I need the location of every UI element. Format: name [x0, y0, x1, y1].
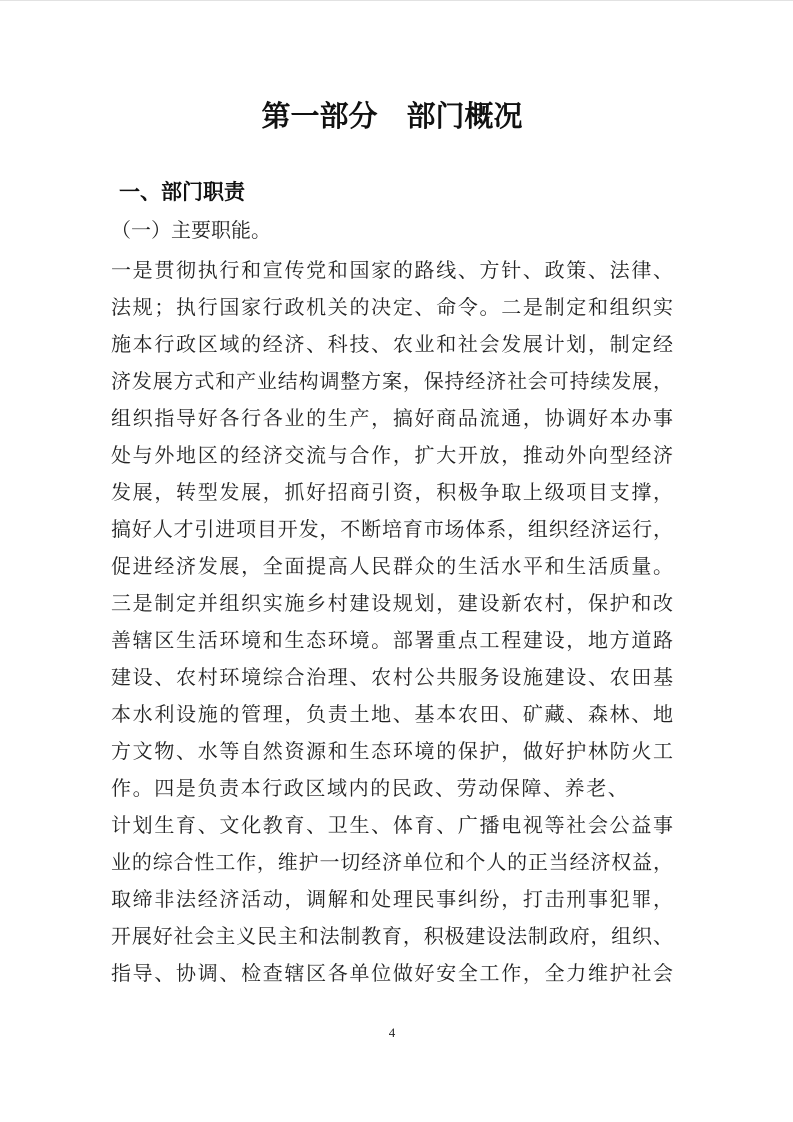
- body-line: 三是制定并组织实施乡村建设规划，建设新农村，保护和改: [111, 586, 673, 623]
- body-line: 建设、农村环境综合治理、农村公共服务设施建设、农田基: [111, 660, 673, 697]
- body-line: 一是贯彻执行和宣传党和国家的路线、方针、政策、法律、: [111, 253, 673, 290]
- subsection-heading: （一）主要职能。: [111, 213, 673, 249]
- body-line: 处与外地区的经济交流与合作，扩大开放，推动外向型经济: [111, 438, 673, 475]
- body-line: 促进经济发展，全面提高人民群众的生活水平和生活质量。: [111, 549, 673, 586]
- body-line: 方文物、水等自然资源和生态环境的保护，做好护林防火工: [111, 734, 673, 771]
- body-line: 善辖区生活环境和生态环境。部署重点工程建设，地方道路: [111, 623, 673, 660]
- body-text-block: 一是贯彻执行和宣传党和国家的路线、方针、政策、法律、 法规；执行国家行政机关的决…: [111, 253, 673, 993]
- body-line: 指导、协调、检查辖区各单位做好安全工作，全力维护社会: [111, 956, 673, 993]
- body-line: 取缔非法经济活动，调解和处理民事纠纷，打击刑事犯罪，: [111, 882, 673, 919]
- document-page: 第一部分 部门概况 一、部门职责 （一）主要职能。 一是贯彻执行和宣传党和国家的…: [0, 0, 793, 1122]
- body-line: 施本行政区域的经济、科技、农业和社会发展计划，制定经: [111, 327, 673, 364]
- document-title: 第一部分 部门概况: [111, 98, 673, 136]
- body-line: 发展，转型发展，抓好招商引资，积极争取上级项目支撑，: [111, 475, 673, 512]
- body-line: 作。四是负责本行政区域内的民政、劳动保障、养老、: [111, 771, 673, 808]
- body-line: 法规；执行国家行政机关的决定、命令。二是制定和组织实: [111, 290, 673, 327]
- body-line: 济发展方式和产业结构调整方案，保持经济社会可持续发展，: [111, 364, 673, 401]
- page-number: 4: [111, 1025, 673, 1041]
- body-line: 计划生育、文化教育、卫生、体育、广播电视等社会公益事: [111, 808, 673, 845]
- body-line: 业的综合性工作，维护一切经济单位和个人的正当经济权益，: [111, 845, 673, 882]
- body-line: 本水利设施的管理，负责土地、基本农田、矿藏、森林、地: [111, 697, 673, 734]
- body-line: 组织指导好各行各业的生产，搞好商品流通，协调好本办事: [111, 401, 673, 438]
- body-line: 开展好社会主义民主和法制教育，积极建设法制政府，组织、: [111, 919, 673, 956]
- body-line: 搞好人才引进项目开发，不断培育市场体系，组织经济运行，: [111, 512, 673, 549]
- section-heading: 一、部门职责: [119, 178, 673, 208]
